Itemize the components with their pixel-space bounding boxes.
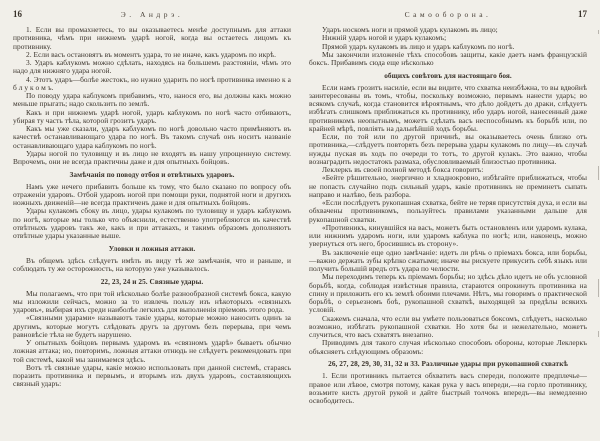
paragraph: Мы переходимъ теперь къ пріемамъ борьбы;… xyxy=(309,273,587,314)
paragraph: Вотъ тѣ связные удары, какіе можно испол… xyxy=(13,364,291,389)
paragraph: «Связными ударами» называютъ такіе удары… xyxy=(13,314,291,339)
paragraph: 1. Если противникъ пытается обхватить ва… xyxy=(309,372,587,405)
scan-artifact-mark xyxy=(598,279,599,297)
right-page-header: Самооборона. 17 xyxy=(309,9,587,20)
book-spread-scan: 16 Э. Андрэ. 1. Если вы промахнетесь, то… xyxy=(0,0,600,441)
right-running-header: Самооборона. xyxy=(329,10,567,19)
paragraph: Приводимъ для такого случая нѣсколько сп… xyxy=(309,339,587,356)
left-page-header: 16 Э. Андрэ. xyxy=(13,9,291,20)
right-page-number: 17 xyxy=(567,9,587,19)
paragraph: Мы полагаемъ, что при той нѣсколько болѣ… xyxy=(13,290,291,315)
section-heading: общихъ совѣтовъ для настоящаго боя. xyxy=(315,72,581,80)
section-heading: 22, 23, 24 и 25. Связные удары. xyxy=(19,278,285,286)
scan-artifact-mark xyxy=(598,331,599,337)
paragraph: Удары ногой по туловищу и въ лицо не вхо… xyxy=(13,150,291,167)
paragraph: Если, по той или по другой причинѣ, вы о… xyxy=(309,133,587,166)
scan-artifact-mark xyxy=(598,30,599,34)
left-running-header: Э. Андрэ. xyxy=(33,10,271,19)
paragraph: Скажемъ сначала, что если вы умѣете поль… xyxy=(309,315,587,340)
left-page: 16 Э. Андрэ. 1. Если вы промахнетесь, то… xyxy=(13,9,291,435)
paragraph: У опытныхъ бойцовъ первымъ ударомъ въ «с… xyxy=(13,339,291,364)
section-heading: Замѣчанія по поводу отбоя и отвѣтныхъ уд… xyxy=(19,171,285,179)
paragraph: Какъ и при нижнемъ ударѣ ногой, ударъ ка… xyxy=(13,109,291,126)
paragraph: 4. Этотъ ударъ—болѣе жестокъ, но нужно у… xyxy=(13,76,291,93)
paragraph: Въ заключеніе еще одно замѣчаніе: идетъ … xyxy=(309,249,587,274)
paragraph: 1. Если вы промахнетесь, то вы оказывает… xyxy=(13,26,291,51)
section-heading: 26, 27, 28, 29, 30, 31, 32 и 33. Различн… xyxy=(315,360,581,368)
paragraph: «Противникъ, кинувшійся на васъ, можетъ … xyxy=(309,224,587,249)
paragraph: Мы закончили изложеніе тѣхъ способовъ за… xyxy=(309,51,587,68)
right-page: Самооборона. 17 Ударъ носкомъ ноги и пря… xyxy=(309,9,587,435)
paragraph: Какъ мы уже сказали, ударъ каблукомъ по … xyxy=(13,125,291,150)
section-heading: Уловки и ложныя аттаки. xyxy=(19,245,285,253)
left-page-number: 16 xyxy=(13,9,33,19)
paragraph: 3. Ударъ каблукомъ можно сдѣлать, находя… xyxy=(13,59,291,76)
paragraph: «Бейте рѣшительно, энергично и хладнокро… xyxy=(309,174,587,199)
paragraph: Удары кулакомъ сбоку въ лицо, удары кула… xyxy=(13,207,291,240)
paragraph: По поводу удара каблукомъ прибавимъ, что… xyxy=(13,92,291,109)
paragraph: Намъ уже нечего прибавить больше къ тому… xyxy=(13,183,291,208)
scan-artifact-mark xyxy=(598,166,599,180)
paragraph: Въ общемъ здѣсь слѣдуетъ имѣть въ виду т… xyxy=(13,257,291,274)
paragraph: «Если послѣдуетъ рукопашная схватка, бей… xyxy=(309,199,587,224)
paragraph: Если намъ грозитъ насиліе, если вы видит… xyxy=(309,84,587,134)
